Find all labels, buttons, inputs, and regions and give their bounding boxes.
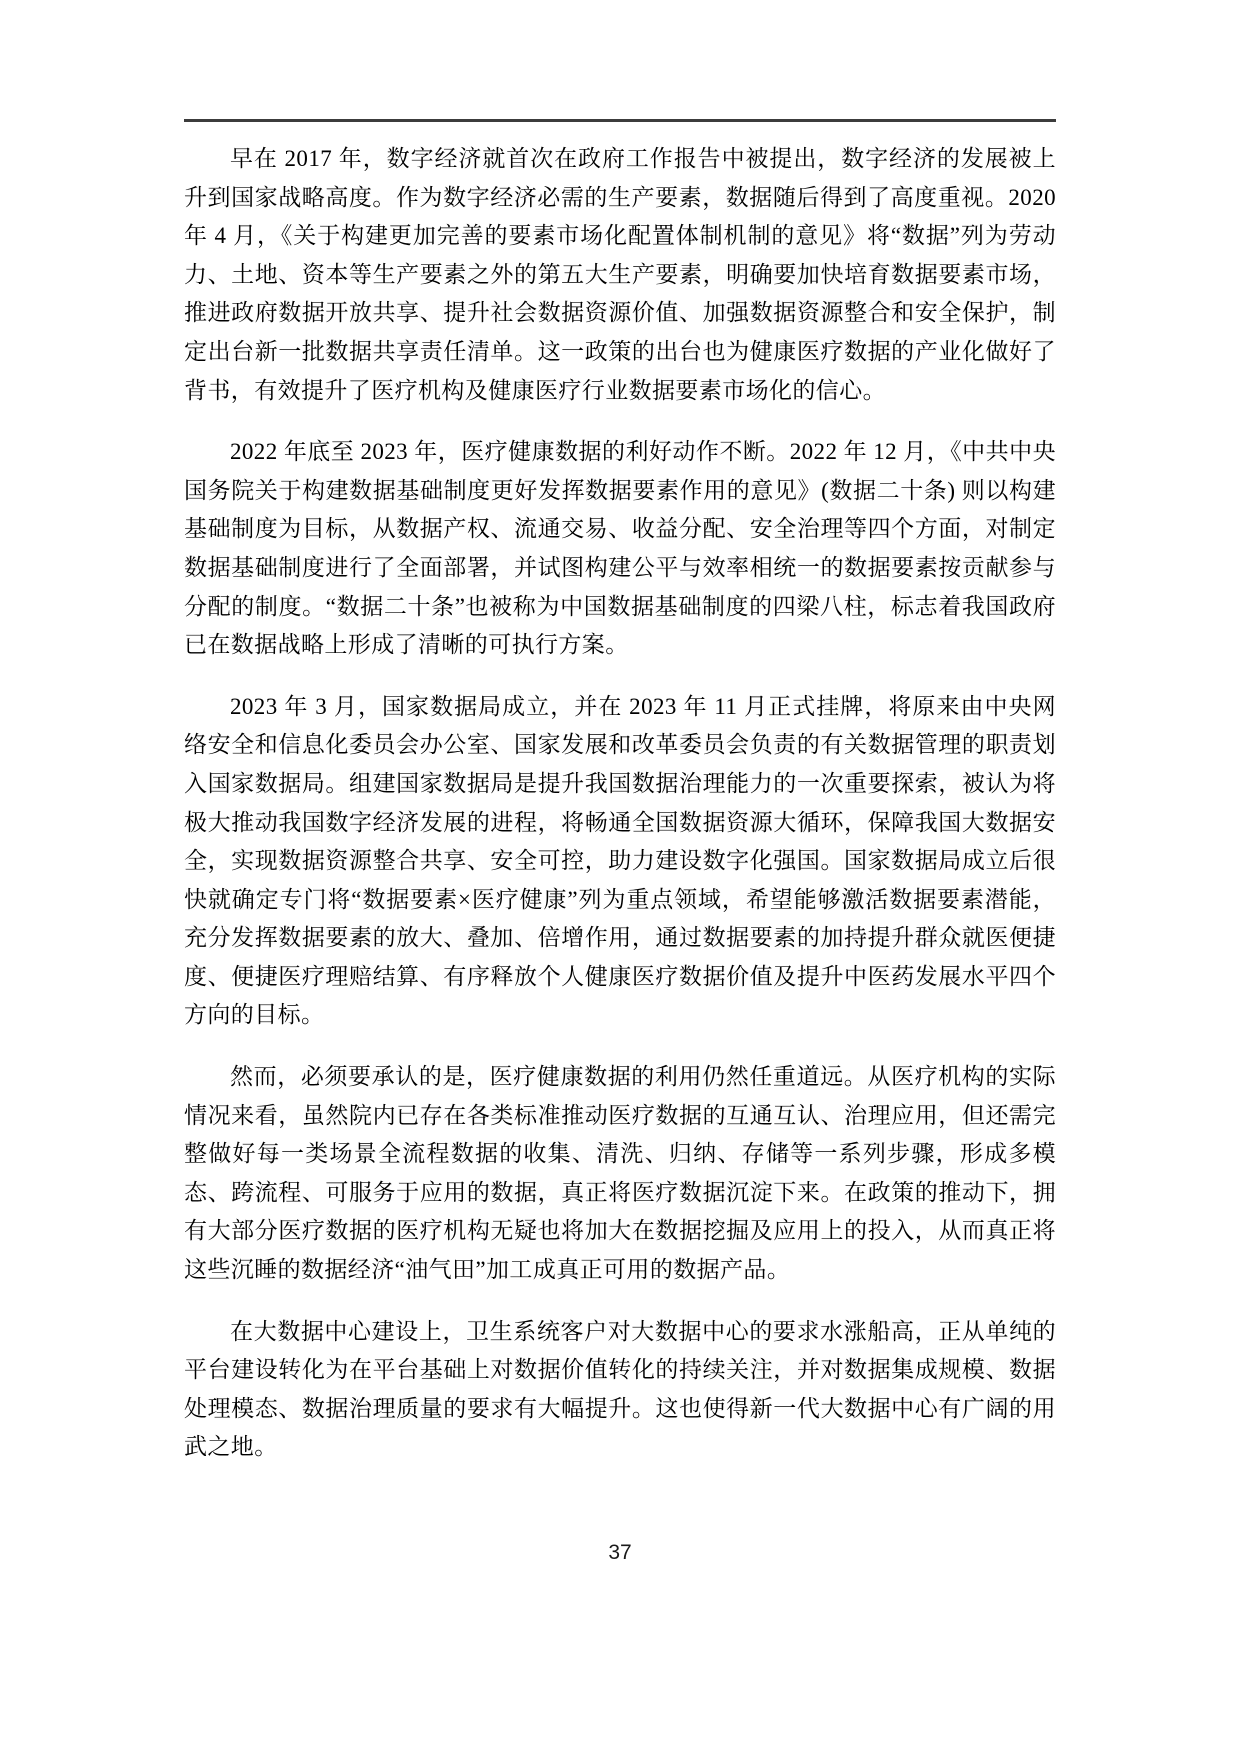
document-page: 早在 2017 年，数字经济就首次在政府工作报告中被提出，数字经济的发展被上升到… <box>0 0 1240 1754</box>
document-body: 早在 2017 年，数字经济就首次在政府工作报告中被提出，数字经济的发展被上升到… <box>184 124 1056 1467</box>
page-number: 37 <box>608 1541 631 1564</box>
header-rule <box>184 119 1056 122</box>
paragraph-3: 2023 年 3 月，国家数据局成立，并在 2023 年 11 月正式挂牌，将原… <box>184 688 1056 1035</box>
paragraph-1: 早在 2017 年，数字经济就首次在政府工作报告中被提出，数字经济的发展被上升到… <box>184 140 1056 410</box>
paragraph-5: 在大数据中心建设上，卫生系统客户对大数据中心的要求水涨船高，正从单纯的平台建设转… <box>184 1313 1056 1467</box>
paragraph-4: 然而，必须要承认的是，医疗健康数据的利用仍然任重道远。从医疗机构的实际情况来看，… <box>184 1058 1056 1290</box>
paragraph-2: 2022 年底至 2023 年，医疗健康数据的利好动作不断。2022 年 12 … <box>184 433 1056 665</box>
page-footer: 37 <box>0 1541 1240 1565</box>
